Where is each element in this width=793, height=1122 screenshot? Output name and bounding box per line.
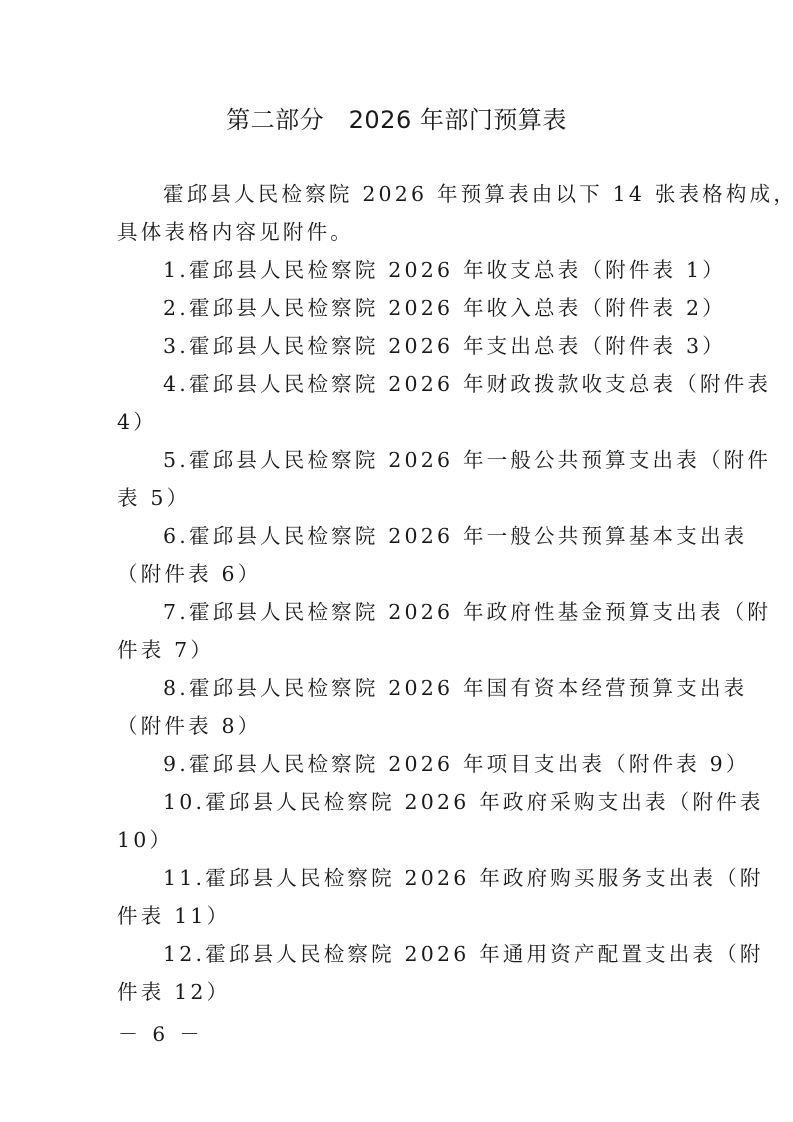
list-item-11-cont: 件表 11） (117, 902, 230, 930)
list-item-11: 11.霍邱县人民检察院 2026 年政府购买服务支出表（附 (163, 864, 764, 892)
document-page: 第二部分 2026 年部门预算表 霍邱县人民检察院 2026 年预算表由以下 1… (0, 0, 793, 1122)
list-item-10: 10.霍邱县人民检察院 2026 年政府采购支出表（附件表 (163, 788, 764, 816)
list-item-4: 4.霍邱县人民检察院 2026 年财政拨款收支总表（附件表 (163, 370, 771, 398)
intro-line-2: 具体表格内容见附件。 (117, 218, 354, 246)
list-item-5: 5.霍邱县人民检察院 2026 年一般公共预算支出表（附件 (163, 446, 771, 474)
list-item-9: 9.霍邱县人民检察院 2026 年项目支出表（附件表 9） (163, 750, 750, 778)
list-item-8: 8.霍邱县人民检察院 2026 年国有资本经营预算支出表 (163, 674, 747, 702)
list-item-1: 1.霍邱县人民检察院 2026 年收支总表（附件表 1） (163, 256, 726, 284)
list-item-12: 12.霍邱县人民检察院 2026 年通用资产配置支出表（附 (163, 940, 764, 968)
list-item-6-cont: （附件表 6） (117, 560, 261, 588)
list-item-4-cont: 4） (117, 408, 157, 436)
list-item-3: 3.霍邱县人民检察院 2026 年支出总表（附件表 3） (163, 332, 726, 360)
list-item-7: 7.霍邱县人民检察院 2026 年政府性基金预算支出表（附 (163, 598, 771, 626)
list-item-10-cont: 10） (117, 826, 173, 854)
intro-line-1: 霍邱县人民检察院 2026 年预算表由以下 14 张表格构成， (163, 180, 793, 208)
list-item-12-cont: 件表 12） (117, 978, 230, 1006)
list-item-8-cont: （附件表 8） (117, 712, 261, 740)
page-title: 第二部分 2026 年部门预算表 (0, 100, 793, 135)
page-number: － 6 － (118, 1018, 203, 1047)
list-item-7-cont: 件表 7） (117, 636, 214, 664)
list-item-5-cont: 表 5） (117, 484, 190, 512)
list-item-2: 2.霍邱县人民检察院 2026 年收入总表（附件表 2） (163, 294, 726, 322)
list-item-6: 6.霍邱县人民检察院 2026 年一般公共预算基本支出表 (163, 522, 747, 550)
